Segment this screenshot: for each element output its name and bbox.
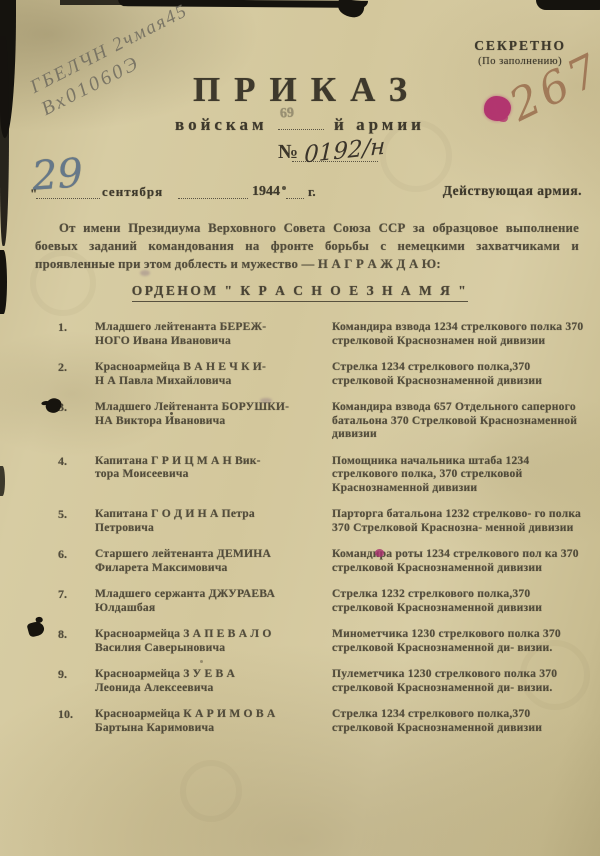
award-row: 9. Красноармейца З У Е В А Леонида Алекс… (58, 667, 586, 694)
award-row: 10. Красноармейца К А Р И М О В А Бартын… (58, 707, 586, 734)
paper-speck (200, 660, 203, 663)
award-name: Красноармейца В А Н Е Ч К И- Н А Павла М… (95, 360, 325, 387)
ink-smudge (260, 398, 272, 403)
army-number-stamp: 69 (279, 106, 294, 123)
order-subtitle: войскам 69 й армии (0, 115, 600, 135)
dotted-underline (286, 198, 304, 199)
award-row: 3. Младшего Лейтенанта БОРУШКИ- НА Викто… (58, 400, 586, 441)
award-number: 6. (58, 547, 88, 574)
dotted-underline (178, 198, 248, 199)
date-year: 1944 (252, 184, 280, 200)
ink-blot (26, 620, 45, 638)
preamble-paragraph: От имени Президиума Верховного Совета Со… (35, 219, 579, 273)
subtitle-pre: войскам (175, 115, 268, 134)
date-suffix: г. (308, 184, 316, 200)
award-name: Капитана Г Р И Ц М А Н Вик- тора Моисеев… (95, 454, 325, 495)
award-position: Командира роты 1234 стрелкового пол ка 3… (332, 547, 586, 574)
date-month: сентября (102, 184, 163, 200)
number-sign: № (278, 141, 298, 163)
award-row: 5. Капитана Г О Д И Н А Петра Петровича … (58, 507, 586, 534)
award-number: 7. (58, 587, 88, 614)
document-page: ГБЕЛЧН 2чмая45 Вх01060Э СЕКРЕТНО (По зап… (0, 0, 600, 856)
ink-stamp-dot (375, 549, 384, 557)
award-number: 9. (58, 667, 88, 694)
award-heading-text: ОРДЕНОМ " К Р А С Н О Е З Н А М Я " (132, 283, 469, 302)
award-number: 8. (58, 627, 88, 654)
award-name: Младшего лейтенанта БЕРЕЖ- НОГО Ивана Ив… (95, 320, 325, 347)
award-position: Пулеметчика 1230 стрелкового полка 370 с… (332, 667, 586, 694)
award-position: Командира взвода 1234 стрелкового полка … (332, 320, 586, 347)
torn-edge (0, 466, 5, 496)
award-row: 8. Красноармейца З А П Е В А Л О Василия… (58, 627, 586, 654)
award-number: 10. (58, 707, 88, 734)
award-name: Красноармейца З А П Е В А Л О Василия Са… (95, 627, 325, 654)
award-row: 6. Старшего лейтенанта ДЕМИНА Филарета М… (58, 547, 586, 574)
award-number: 4. (58, 454, 88, 495)
ink-smudge (140, 270, 150, 276)
torn-edge (118, 0, 368, 8)
order-title: ПРИКАЗ (0, 70, 600, 110)
award-position: Стрелка 1234 стрелкового полка,370 стрел… (332, 360, 586, 387)
paper-speck (170, 412, 173, 415)
handwritten-day: 29 (30, 150, 84, 199)
torn-edge (0, 36, 9, 246)
award-name: Капитана Г О Д И Н А Петра Петровича (95, 507, 325, 534)
order-number-block: № 0192/н (278, 138, 386, 162)
date-line: 29 " сентября 1944 г. Действующая армия. (30, 178, 586, 206)
award-number: 1. (58, 320, 88, 347)
award-heading: ОРДЕНОМ " К Р А С Н О Е З Н А М Я " (0, 282, 600, 302)
award-row: 7. Младшего сержанта ДЖУРАЕВА Юлдашбая С… (58, 587, 586, 614)
torn-edge (60, 0, 130, 5)
date-quote: " (30, 186, 37, 202)
award-row: 2. Красноармейца В А Н Е Ч К И- Н А Павл… (58, 360, 586, 387)
award-row: 4. Капитана Г Р И Ц М А Н Вик- тора Моис… (58, 454, 586, 495)
torn-edge (337, 0, 365, 18)
award-name: Младшего Лейтенанта БОРУШКИ- НА Виктора … (95, 400, 325, 441)
award-position: Минометчика 1230 стрелкового полка 370 с… (332, 627, 586, 654)
award-number: 2. (58, 360, 88, 387)
army-number-blank: 69 (278, 115, 324, 130)
award-number: 5. (58, 507, 88, 534)
army-status: Действующая армия. (443, 183, 582, 199)
watermark-circle (180, 760, 242, 822)
award-name: Красноармейца З У Е В А Леонида Алексеев… (95, 667, 325, 694)
award-position: Помощника начальника штаба 1234 стрелков… (332, 454, 586, 495)
award-name: Младшего сержанта ДЖУРАЕВА Юлдашбая (95, 587, 325, 614)
award-position: Стрелка 1232 стрелкового полка,370 стрел… (332, 587, 586, 614)
handwritten-order-number: 0192/н (304, 134, 386, 169)
award-number: 3. (58, 400, 88, 441)
subtitle-post: й армии (334, 115, 425, 134)
award-row: 1. Младшего лейтенанта БЕРЕЖ- НОГО Ивана… (58, 320, 586, 347)
award-position: Командира взвода 657 Отдельного саперног… (332, 400, 586, 441)
awards-list: 1. Младшего лейтенанта БЕРЕЖ- НОГО Ивана… (58, 320, 586, 734)
award-name: Красноармейца К А Р И М О В А Бартына Ка… (95, 707, 325, 734)
paper-speck (282, 186, 286, 190)
torn-edge (536, 0, 600, 10)
award-position: Парторга батальона 1232 стрелково- го по… (332, 507, 586, 534)
classification-label: СЕКРЕТНО (474, 38, 566, 54)
award-name: Старшего лейтенанта ДЕМИНА Филарета Макс… (95, 547, 325, 574)
award-position: Стрелка 1234 стрелкового полка,370 стрел… (332, 707, 586, 734)
dotted-underline (36, 198, 100, 199)
